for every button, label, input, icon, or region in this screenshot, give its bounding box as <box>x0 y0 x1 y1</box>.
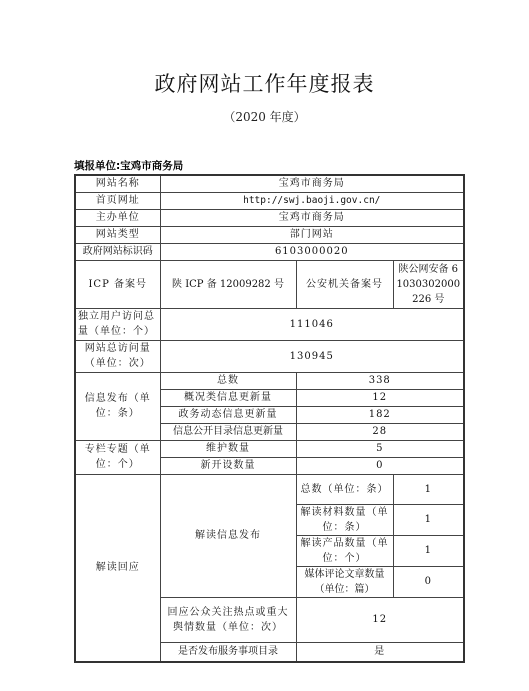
page-title: 政府网站工作年度报表 <box>0 68 529 98</box>
value-info-overview: 12 <box>296 389 464 406</box>
label-service-catalog: 是否发布服务事项目录 <box>160 642 296 662</box>
label-columns-new: 新开设数量 <box>160 457 296 474</box>
label-home-url: 首页网址 <box>75 192 160 209</box>
value-columns-new: 0 <box>296 457 464 474</box>
value-unique-users: 111046 <box>160 308 464 340</box>
value-info-total: 338 <box>296 372 464 389</box>
label-interp-products: 解读产品数量（单位：个） <box>296 535 393 566</box>
value-info-catalog: 28 <box>296 423 464 440</box>
row-columns-maintained: 专栏专题（单位：个） 维护数量 5 <box>75 440 464 457</box>
value-interp-total: 1 <box>393 474 464 504</box>
row-home-url: 首页网址 http://swj.baoji.gov.cn/ <box>75 192 464 209</box>
row-total-visits: 网站总访问量（单位：次） 130945 <box>75 340 464 372</box>
value-site-type: 部门网站 <box>160 226 464 243</box>
row-info-total: 信息发布（单位：条） 总数 338 <box>75 372 464 389</box>
row-site-type: 网站类型 部门网站 <box>75 226 464 243</box>
label-icp: ICP 备案号 <box>75 260 160 308</box>
label-sponsor: 主办单位 <box>75 209 160 226</box>
label-columns-maintained: 维护数量 <box>160 440 296 457</box>
value-police-record: 陕公网安备 61030302000226 号 <box>393 260 464 308</box>
row-site-name: 网站名称 宝鸡市商务局 <box>75 175 464 192</box>
value-site-name: 宝鸡市商务局 <box>160 175 464 192</box>
report-year: （2020 年度） <box>0 108 529 125</box>
row-interp-total: 解读回应 解读信息发布 总数（单位：条） 1 <box>75 474 464 504</box>
row-icp: ICP 备案号 陕 ICP 备 12009282 号 公安机关备案号 陕公网安备… <box>75 260 464 308</box>
value-service-catalog: 是 <box>296 642 464 662</box>
row-site-id: 政府网站标识码 6103000020 <box>75 243 464 260</box>
value-interp-materials: 1 <box>393 504 464 535</box>
label-info-news: 政务动态信息更新量 <box>160 406 296 423</box>
label-info-catalog: 信息公开目录信息更新量 <box>160 423 296 440</box>
label-interpretation: 解读回应 <box>75 474 160 662</box>
value-sponsor: 宝鸡市商务局 <box>160 209 464 226</box>
report-table: 网站名称 宝鸡市商务局 首页网址 http://swj.baoji.gov.cn… <box>74 174 465 663</box>
label-unique-users: 独立用户访问总量（单位：个） <box>75 308 160 340</box>
value-icp: 陕 ICP 备 12009282 号 <box>160 260 296 308</box>
label-interp-media: 媒体评论文章数量（单位：篇） <box>296 566 393 597</box>
label-interp-response: 回应公众关注热点或重大舆情数量（单位：次） <box>160 597 296 642</box>
label-site-type: 网站类型 <box>75 226 160 243</box>
value-interp-response: 12 <box>296 597 464 642</box>
label-interp-publish: 解读信息发布 <box>160 474 296 597</box>
label-info-total: 总数 <box>160 372 296 389</box>
label-police-record: 公安机关备案号 <box>296 260 393 308</box>
filler-unit: 填报单位:宝鸡市商务局 <box>74 158 183 173</box>
label-columns: 专栏专题（单位：个） <box>75 440 160 474</box>
value-home-url: http://swj.baoji.gov.cn/ <box>160 192 464 209</box>
label-site-name: 网站名称 <box>75 175 160 192</box>
value-total-visits: 130945 <box>160 340 464 372</box>
value-columns-maintained: 5 <box>296 440 464 457</box>
label-total-visits: 网站总访问量（单位：次） <box>75 340 160 372</box>
label-interp-materials: 解读材料数量（单位：条） <box>296 504 393 535</box>
value-info-news: 182 <box>296 406 464 423</box>
row-unique-users: 独立用户访问总量（单位：个） 111046 <box>75 308 464 340</box>
value-site-id: 6103000020 <box>160 243 464 260</box>
value-interp-products: 1 <box>393 535 464 566</box>
label-info-publish: 信息发布（单位：条） <box>75 372 160 440</box>
label-site-id: 政府网站标识码 <box>75 243 160 260</box>
row-sponsor: 主办单位 宝鸡市商务局 <box>75 209 464 226</box>
label-info-overview: 概况类信息更新量 <box>160 389 296 406</box>
label-interp-total: 总数（单位：条） <box>296 474 393 504</box>
value-interp-media: 0 <box>393 566 464 597</box>
